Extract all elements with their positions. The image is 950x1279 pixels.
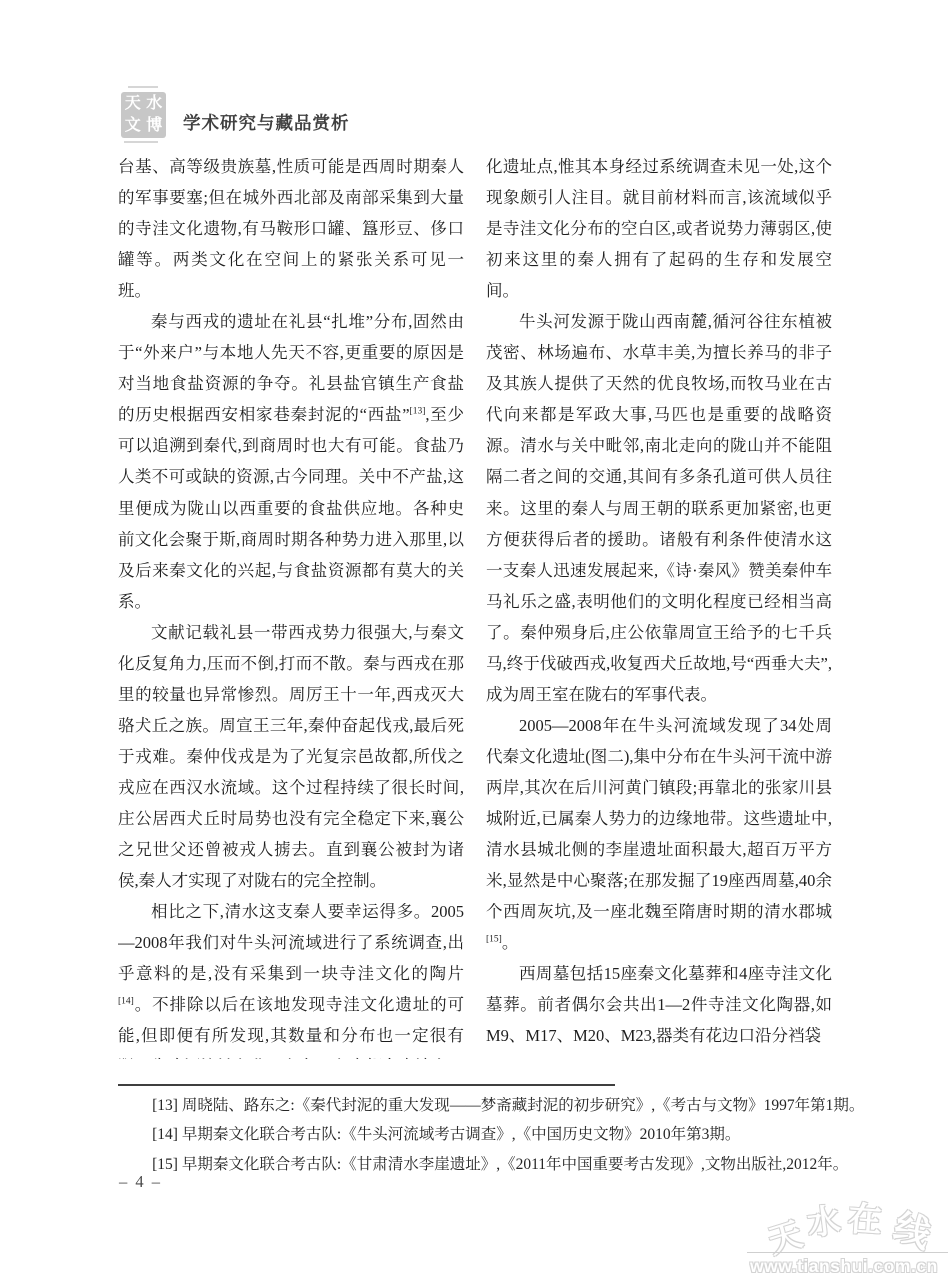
seal-character: 博 bbox=[146, 116, 162, 136]
body-paragraph: 秦与西戎的遗址在礼县“扎堆”分布,固然由于“外来户”与本地人先天不容,更重要的原… bbox=[118, 306, 464, 616]
watermark-divider-line bbox=[747, 1252, 948, 1253]
seal-character: 水 bbox=[146, 94, 162, 114]
footnote-marker: [14] bbox=[152, 1126, 178, 1143]
right-text-column: 化遗址点,惟其本身经过系统调查未见一处,这个现象颇引人注目。就目前材料而言,该流… bbox=[486, 151, 832, 1059]
watermark-character: 线 bbox=[888, 1199, 938, 1259]
footnote-reference: [14] bbox=[118, 997, 134, 1007]
footnote-separator-rule bbox=[118, 1084, 615, 1086]
body-paragraph: 2005—2008年在牛头河流域发现了34处周代秦文化遗址(图二),集中分布在牛… bbox=[486, 710, 832, 958]
watermark-url: www.tianshui.com.cn bbox=[750, 1256, 938, 1277]
seal-character: 文 bbox=[125, 116, 141, 136]
watermark-character: 在 bbox=[846, 1191, 883, 1242]
watermark-character: 水 bbox=[804, 1194, 842, 1245]
page-number: – 4 – bbox=[119, 1172, 162, 1192]
body-paragraph: 西周墓包括15座秦文化墓葬和4座寺洼文化墓葬。前者偶尔会共出1—2件寺洼文化陶器… bbox=[486, 958, 832, 1051]
watermark-character: 天 bbox=[762, 1208, 807, 1263]
footnote-marker: [15] bbox=[152, 1156, 178, 1173]
footnote: [15]早期秦文化联合考古队:《甘肃清水李崖遗址》,《2011年中国重要考古发现… bbox=[118, 1150, 850, 1179]
left-text-column: 台基、高等级贵族墓,性质可能是西周时期秦人的军事要塞;但在城外西北部及南部采集到… bbox=[118, 151, 464, 1059]
footnote-reference: [13] bbox=[410, 407, 426, 417]
seal-edge-mark bbox=[128, 86, 158, 88]
section-title: 学术研究与藏品赏析 bbox=[183, 110, 350, 135]
body-paragraph: 化遗址点,惟其本身经过系统调查未见一处,这个现象颇引人注目。就目前材料而言,该流… bbox=[486, 151, 832, 306]
journal-page: 天水文博 学术研究与藏品赏析 台基、高等级贵族墓,性质可能是西周时期秦人的军事要… bbox=[0, 0, 950, 1279]
footnote-marker: [13] bbox=[152, 1097, 178, 1114]
body-paragraph: 文献记载礼县一带西戎势力很强大,与秦文化反复角力,压而不倒,打而不散。秦与西戎在… bbox=[118, 617, 464, 896]
body-paragraph: 相比之下,清水这支秦人要幸运得多。2005—2008年我们对牛头河流域进行了系统… bbox=[118, 896, 464, 1059]
footnote-reference: [15] bbox=[486, 935, 502, 945]
seal-character: 天 bbox=[125, 94, 141, 114]
footnote: [14]早期秦文化联合考古队:《牛头河流域考古调查》,《中国历史文物》2010年… bbox=[118, 1120, 850, 1149]
seal-edge-mark bbox=[124, 141, 158, 143]
footnotes-block: [13]周晓陆、路东之:《秦代封泥的重大发现——梦斋藏封泥的初步研究》,《考古与… bbox=[118, 1091, 850, 1179]
body-paragraph: 牛头河发源于陇山西南麓,循河谷往东植被茂密、林场遍布、水草丰美,为擅长养马的非子… bbox=[486, 306, 832, 710]
tianshui-museum-seal-logo: 天水文博 bbox=[121, 92, 166, 138]
footnote: [13]周晓陆、路东之:《秦代封泥的重大发现——梦斋藏封泥的初步研究》,《考古与… bbox=[118, 1091, 850, 1120]
body-paragraph: 台基、高等级贵族墓,性质可能是西周时期秦人的军事要塞;但在城外西北部及南部采集到… bbox=[118, 151, 464, 306]
